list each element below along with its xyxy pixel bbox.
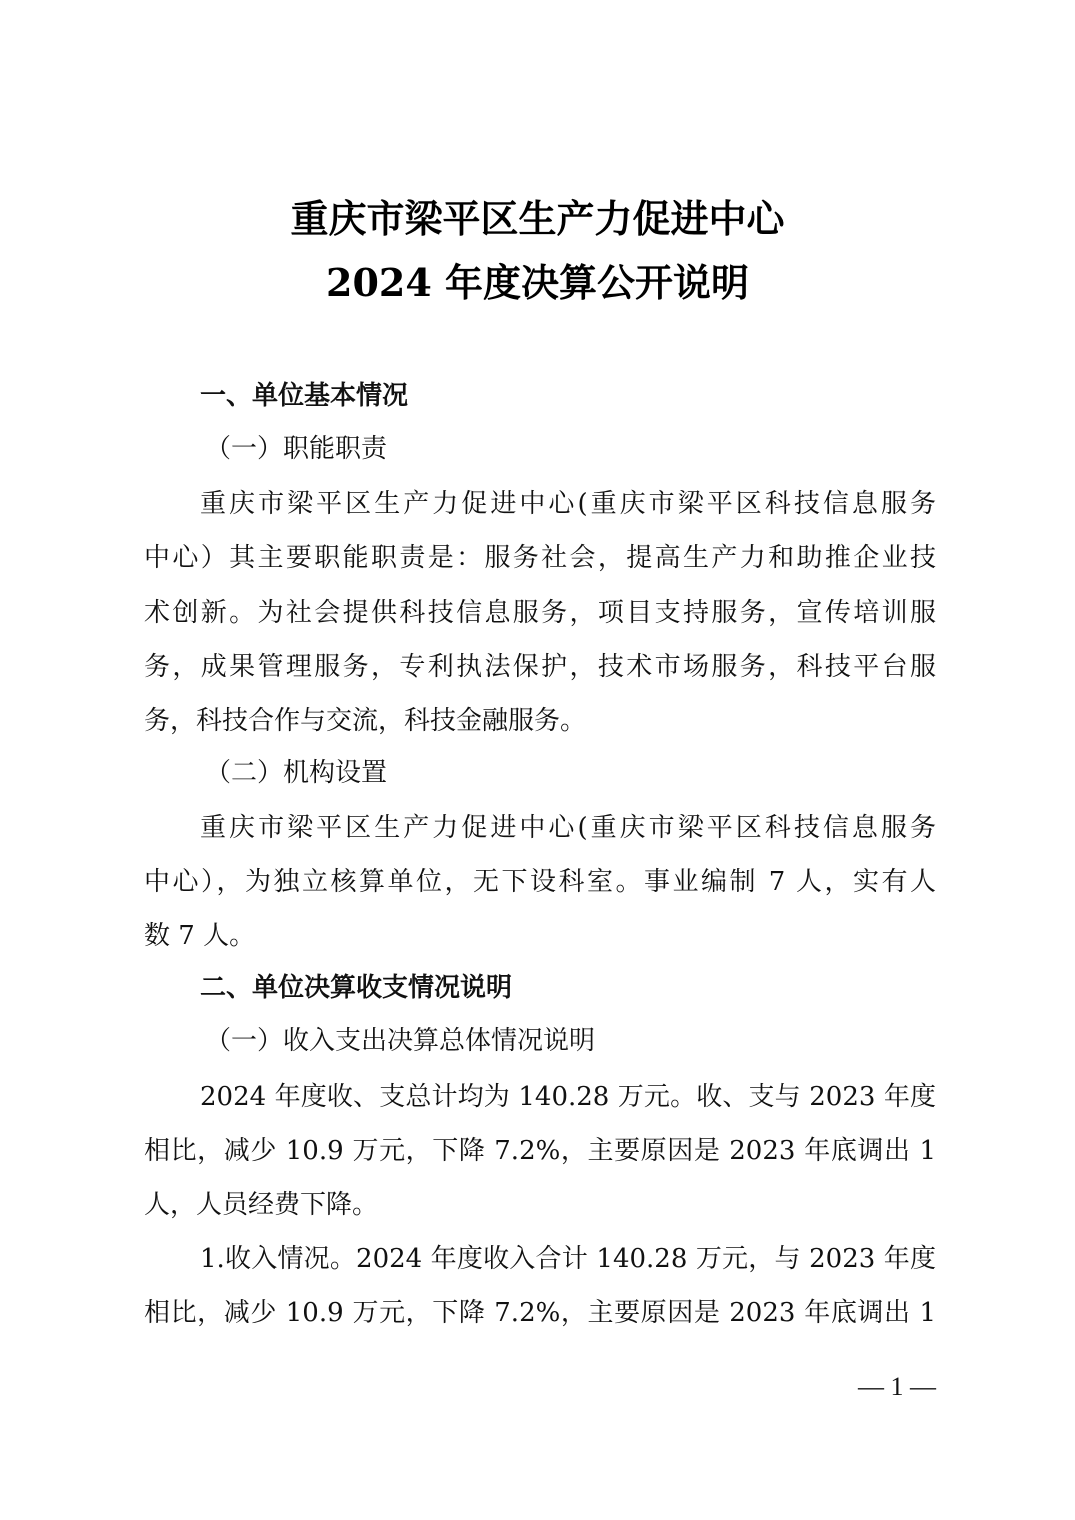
paragraph-line: 数 7 人。 bbox=[144, 919, 936, 953]
subsection-heading-organization: （二）机构设置 bbox=[205, 756, 941, 790]
paragraph-line: 人，人员经费下降。 bbox=[144, 1188, 936, 1222]
section-heading-basic-info: 一、单位基本情况 bbox=[200, 379, 936, 413]
paragraph-line: 相比，减少 10.9 万元，下降 7.2%，主要原因是 2023 年底调出 1 bbox=[144, 1296, 936, 1330]
paragraph-line: 术创新。为社会提供科技信息服务，项目支持服务，宣传培训服 bbox=[144, 596, 936, 630]
paragraph-line: 务，成果管理服务，专利执法保护，技术市场服务，科技平台服 bbox=[144, 650, 936, 684]
paragraph-line: 相比，减少 10.9 万元，下降 7.2%，主要原因是 2023 年底调出 1 bbox=[144, 1134, 936, 1168]
document-page: 重庆市梁平区生产力促进中心 2024 年度决算公开说明 一、单位基本情况 （一）… bbox=[0, 0, 1075, 1520]
document-title-line-1: 重庆市梁平区生产力促进中心 bbox=[0, 196, 1075, 242]
subsection-heading-duties: （一）职能职责 bbox=[205, 432, 941, 466]
paragraph-line: 2024 年度收、支总计均为 140.28 万元。收、支与 2023 年度 bbox=[200, 1080, 936, 1114]
section-heading-budget-overview: 二、单位决算收支情况说明 bbox=[200, 971, 936, 1005]
paragraph-line: 中心），为独立核算单位，无下设科室。事业编制 7 人，实有人 bbox=[144, 865, 936, 899]
paragraph-line: 1.收入情况。2024 年度收入合计 140.28 万元，与 2023 年度 bbox=[200, 1242, 936, 1276]
paragraph-line: 重庆市梁平区生产力促进中心(重庆市梁平区科技信息服务 bbox=[200, 811, 936, 845]
paragraph-line: 务，科技合作与交流，科技金融服务。 bbox=[144, 704, 936, 738]
page-number: — 1 — bbox=[846, 1370, 936, 1404]
document-title-line-2: 2024 年度决算公开说明 bbox=[0, 260, 1075, 306]
paragraph-line: 中心）其主要职能职责是：服务社会，提高生产力和助推企业技 bbox=[144, 541, 936, 575]
subsection-heading-income-expense-summary: （一）收入支出决算总体情况说明 bbox=[205, 1024, 941, 1058]
paragraph-line: 重庆市梁平区生产力促进中心(重庆市梁平区科技信息服务 bbox=[200, 487, 936, 521]
